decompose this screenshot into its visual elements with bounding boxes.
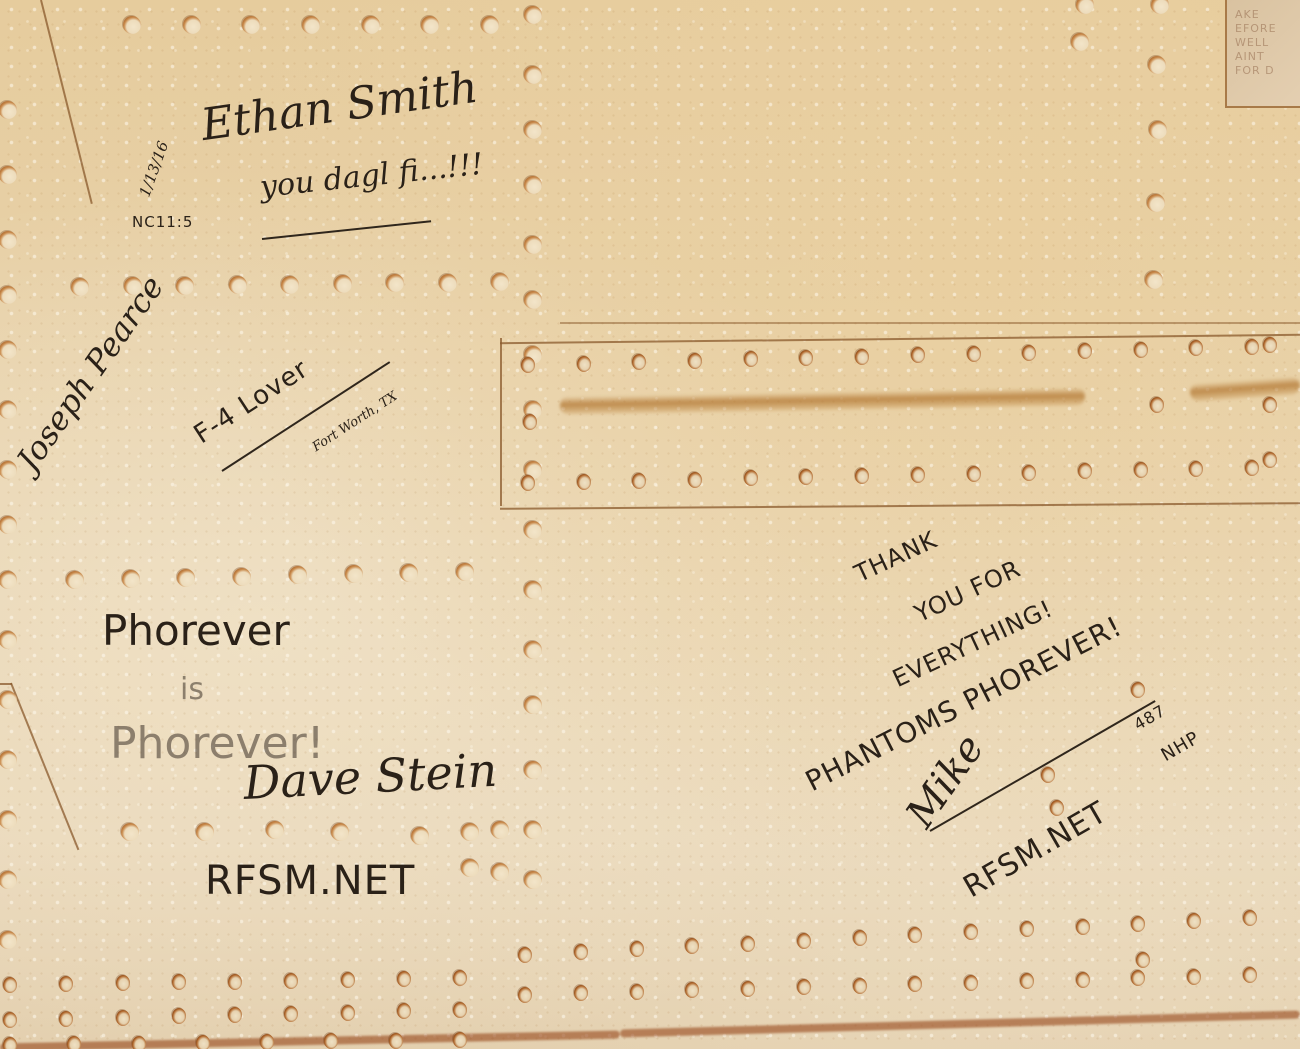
rivet <box>289 566 307 584</box>
rivet <box>176 277 194 295</box>
rivet <box>853 930 867 946</box>
rivet <box>744 351 758 367</box>
rivet <box>577 356 591 372</box>
rivet <box>518 987 532 1003</box>
rivet <box>1136 952 1150 968</box>
rivet <box>524 176 542 194</box>
rivet <box>1245 460 1259 476</box>
rivet <box>1243 967 1257 983</box>
signature-is: is <box>180 672 204 707</box>
rivet <box>3 977 17 993</box>
placard-line: AINT <box>1235 50 1300 64</box>
panel-seam-inset-left <box>500 338 502 506</box>
rivet <box>524 121 542 139</box>
rivet <box>456 563 474 581</box>
rivet <box>521 357 535 373</box>
rivet <box>632 354 646 370</box>
rivet <box>397 971 411 987</box>
signature-website-left: RFSM.NET <box>205 858 415 904</box>
rivet <box>1020 973 1034 989</box>
rivet <box>132 1036 146 1049</box>
rivet <box>964 975 978 991</box>
rivet <box>1189 340 1203 356</box>
rivet <box>116 1010 130 1026</box>
rivet <box>1151 0 1169 14</box>
rivet <box>524 641 542 659</box>
signature-name-joseph: Joseph Pearce <box>9 269 171 478</box>
rivet <box>0 401 17 419</box>
rivet <box>964 924 978 940</box>
panel-seam-inset-top <box>500 334 1300 344</box>
rivet <box>967 346 981 362</box>
rivet <box>0 231 17 249</box>
rivet <box>1078 343 1092 359</box>
rivet <box>0 631 17 649</box>
rivet <box>453 1032 467 1048</box>
rivet <box>386 274 404 292</box>
rivet <box>632 473 646 489</box>
rivet <box>1131 916 1145 932</box>
rivet <box>491 863 509 881</box>
signature-f4-lover: F-4 Lover <box>189 354 314 450</box>
placard-line: AKE <box>1235 8 1300 22</box>
rivet <box>524 236 542 254</box>
rivet <box>116 975 130 991</box>
rivet <box>1263 337 1277 353</box>
signature-message: you dagl fi...!!! <box>258 147 485 205</box>
warning-placard: AKE EFORE WELL AINT FOR D <box>1225 0 1300 108</box>
rivet <box>524 6 542 24</box>
rivet <box>1071 33 1089 51</box>
rivet <box>911 347 925 363</box>
rivet <box>630 941 644 957</box>
rivet <box>481 16 499 34</box>
rivet <box>524 291 542 309</box>
rivet <box>524 66 542 84</box>
rivet <box>1131 682 1145 698</box>
panel-seam-lower-left-diagonal <box>10 683 79 851</box>
rivet <box>741 981 755 997</box>
rivet <box>281 276 299 294</box>
rivet <box>688 353 702 369</box>
rivet <box>524 696 542 714</box>
rivet <box>799 469 813 485</box>
rivet <box>66 571 84 589</box>
rivet <box>523 414 537 430</box>
rivet <box>453 1002 467 1018</box>
signature-unit: NHP <box>1158 727 1204 766</box>
rivet <box>0 461 17 479</box>
rivet <box>123 16 141 34</box>
rivet <box>3 1037 17 1049</box>
rivet <box>1076 919 1090 935</box>
rivet <box>524 521 542 539</box>
rivet <box>908 976 922 992</box>
rivet <box>59 1011 73 1027</box>
signature-underline <box>262 220 431 240</box>
rivet <box>1134 342 1148 358</box>
rivet <box>284 973 298 989</box>
rivet <box>744 470 758 486</box>
rivet <box>121 823 139 841</box>
rivet <box>341 972 355 988</box>
paint-texture <box>0 0 1300 1049</box>
rivet <box>1148 56 1166 74</box>
message-thank: THANK <box>850 526 941 588</box>
rivet <box>1243 910 1257 926</box>
rivet <box>196 823 214 841</box>
rivet <box>741 936 755 952</box>
rivet <box>331 823 349 841</box>
rivet <box>577 474 591 490</box>
rivet <box>1245 339 1259 355</box>
rivet <box>1189 461 1203 477</box>
rivet <box>324 1033 338 1049</box>
rivet <box>421 16 439 34</box>
rivet <box>1134 462 1148 478</box>
rivet <box>362 16 380 34</box>
rivet <box>574 985 588 1001</box>
rivet <box>172 1008 186 1024</box>
rivet <box>400 564 418 582</box>
rivet <box>284 1006 298 1022</box>
rivet <box>0 286 17 304</box>
rivet <box>1041 767 1055 783</box>
rivet <box>630 984 644 1000</box>
rivet <box>524 761 542 779</box>
rivet <box>1187 969 1201 985</box>
rivet <box>341 1005 355 1021</box>
rivet <box>688 472 702 488</box>
rivet <box>799 350 813 366</box>
signature-name-ethan: Ethan Smith <box>198 62 481 151</box>
rivet <box>228 1007 242 1023</box>
rivet <box>439 274 457 292</box>
signature-initials: NC11:5 <box>132 213 193 231</box>
rivet <box>524 871 542 889</box>
rivet <box>0 811 17 829</box>
signature-website-right: RFSM.NET <box>958 795 1114 905</box>
rivet <box>1022 465 1036 481</box>
panel-seam-inset-bottom <box>500 502 1300 510</box>
rivet <box>685 982 699 998</box>
rivet <box>797 933 811 949</box>
rivet <box>1263 397 1277 413</box>
rivet <box>453 970 467 986</box>
rivet <box>1022 345 1036 361</box>
rust-line <box>0 1031 620 1049</box>
rivet <box>229 276 247 294</box>
rivet <box>389 1033 403 1049</box>
rivet <box>183 16 201 34</box>
rivet <box>521 475 535 491</box>
rust-line <box>620 1011 1300 1038</box>
rivet <box>0 571 17 589</box>
rivet <box>0 751 17 769</box>
rivet <box>853 978 867 994</box>
panel-streak-right <box>1190 376 1300 402</box>
rivet <box>228 974 242 990</box>
panel-seam-lower-left-top <box>0 683 12 685</box>
rivet <box>911 467 925 483</box>
rivet <box>67 1036 81 1049</box>
panel-seam-top-left-vertical <box>40 0 93 204</box>
rivet <box>3 1012 17 1028</box>
rivet <box>71 278 89 296</box>
rivet <box>0 871 17 889</box>
rivet <box>908 927 922 943</box>
rivet <box>1020 921 1034 937</box>
rivet <box>491 821 509 839</box>
rivet <box>491 273 509 291</box>
rivet <box>196 1035 210 1049</box>
rivet <box>0 166 17 184</box>
rivet <box>266 821 284 839</box>
rivet <box>242 16 260 34</box>
rivet <box>1076 0 1094 14</box>
placard-line: WELL <box>1235 36 1300 50</box>
rivet <box>1187 913 1201 929</box>
rivet <box>334 275 352 293</box>
signature-location: Fort Worth, TX <box>310 389 400 455</box>
rivet <box>122 570 140 588</box>
rivet <box>177 569 195 587</box>
panel-seam-upper-right <box>560 322 1300 324</box>
rivet <box>260 1034 274 1049</box>
rivet <box>0 931 17 949</box>
rivet <box>461 823 479 841</box>
placard-line: FOR D <box>1235 64 1300 78</box>
rivet <box>411 827 429 845</box>
rivet <box>233 568 251 586</box>
rivet <box>1150 397 1164 413</box>
rivet <box>0 516 17 534</box>
panel-streak-left <box>560 387 1085 414</box>
rivet <box>518 947 532 963</box>
rivet <box>0 341 17 359</box>
rivet <box>172 974 186 990</box>
rivet <box>59 976 73 992</box>
rivet <box>0 101 17 119</box>
rivet <box>302 16 320 34</box>
rivet <box>797 979 811 995</box>
rivet <box>524 581 542 599</box>
rivet <box>1149 121 1167 139</box>
rivet <box>1147 194 1165 212</box>
rivet <box>855 468 869 484</box>
rivet <box>397 1003 411 1019</box>
rivet <box>1076 972 1090 988</box>
rivet <box>524 821 542 839</box>
rivet <box>967 466 981 482</box>
rivet <box>1263 452 1277 468</box>
rivet <box>1078 463 1092 479</box>
signature-number: 487 <box>1131 701 1170 734</box>
rivet <box>685 938 699 954</box>
placard-line: EFORE <box>1235 22 1300 36</box>
rivet <box>855 349 869 365</box>
rivet <box>574 944 588 960</box>
rivet <box>461 859 479 877</box>
signature-phorever-1: Phorever <box>102 606 290 655</box>
signature-date: 1/13/16 <box>136 139 173 199</box>
rivet <box>345 565 363 583</box>
rivet <box>0 691 17 709</box>
rivet <box>1131 970 1145 986</box>
rivet <box>1145 271 1163 289</box>
